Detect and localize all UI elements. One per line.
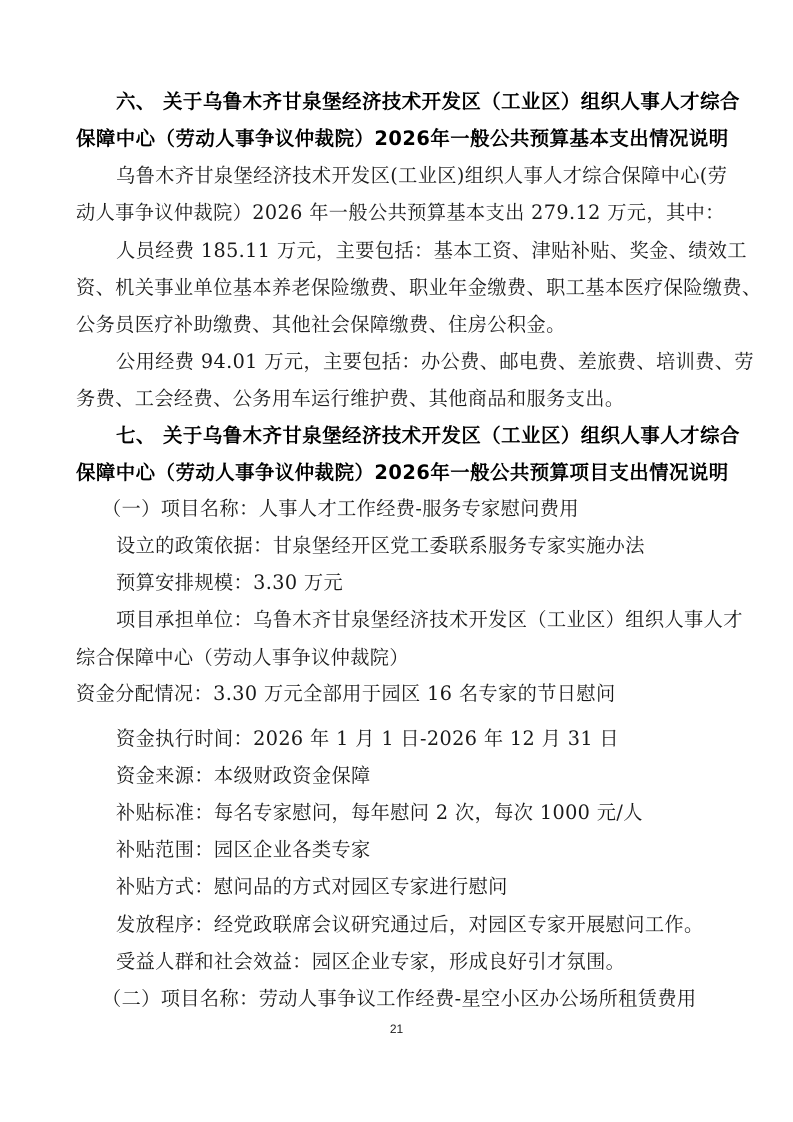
project-1-subsidy-method: 补贴方式：慰问品的方式对园区专家进行慰问 [116,875,756,899]
section-6-heading-line-1: 六、 关于乌鲁木齐甘泉堡经济技术开发区（工业区）组织人事人才综合 [116,90,756,114]
paragraph-personnel-line-3: 公务员医疗补助缴费、其他社会保障缴费、住房公积金。 [76,313,716,337]
project-1-budget-scale: 预算安排规模：3.30 万元 [116,571,756,595]
paragraph-personnel-line-2: 资、机关事业单位基本养老保险缴费、职业年金缴费、职工基本医疗保险缴费、 [76,276,716,300]
project-1-undertaker-line-1: 项目承担单位：乌鲁木齐甘泉堡经济技术开发区（工业区）组织人事人才 [116,608,756,632]
project-1-procedure: 发放程序：经党政联席会议研究通过后，对园区专家开展慰问工作。 [116,913,756,937]
document-page: 六、 关于乌鲁木齐甘泉堡经济技术开发区（工业区）组织人事人才综合 保障中心（劳动… [0,0,793,1122]
project-1-execution-time: 资金执行时间：2026 年 1 月 1 日-2026 年 12 月 31 日 [116,727,756,751]
project-2-name: （二）项目名称：劳动人事争议工作经费-星空小区办公场所租赁费用 [102,987,742,1011]
project-1-undertaker-line-2: 综合保障中心（劳动人事争议仲裁院） [76,646,716,670]
project-1-policy-basis: 设立的政策依据：甘泉堡经开区党工委联系服务专家实施办法 [116,534,756,558]
project-1-fund-source: 资金来源：本级财政资金保障 [116,764,756,788]
page-number: 21 [0,1022,793,1036]
project-1-allocation: 资金分配情况：3.30 万元全部用于园区 16 名专家的节日慰问 [76,682,716,706]
project-1-subsidy-scope: 补贴范围：园区企业各类专家 [116,838,756,862]
paragraph-total-line-1: 乌鲁木齐甘泉堡经济技术开发区(工业区)组织人事人才综合保障中心(劳 [116,164,756,188]
project-1-name: （一）项目名称：人事人才工作经费-服务专家慰问费用 [102,497,742,521]
section-7-heading-line-2: 保障中心（劳动人事争议仲裁院）2026年一般公共预算项目支出情况说明 [76,461,716,485]
project-1-subsidy-standard: 补贴标准：每名专家慰问，每年慰问 2 次，每次 1000 元/人 [116,801,756,825]
paragraph-public-line-1: 公用经费 94.01 万元，主要包括：办公费、邮电费、差旅费、培训费、劳 [116,350,756,374]
paragraph-personnel-line-1: 人员经费 185.11 万元，主要包括：基本工资、津贴补贴、奖金、绩效工 [116,239,756,263]
paragraph-total-line-2: 动人事争议仲裁院）2026 年一般公共预算基本支出 279.12 万元，其中： [76,201,716,225]
section-7-heading-line-1: 七、 关于乌鲁木齐甘泉堡经济技术开发区（工业区）组织人事人才综合 [116,424,756,448]
paragraph-public-line-2: 务费、工会经费、公务用车运行维护费、其他商品和服务支出。 [76,387,716,411]
section-6-heading-line-2: 保障中心（劳动人事争议仲裁院）2026年一般公共预算基本支出情况说明 [76,127,716,151]
project-1-beneficiaries: 受益人群和社会效益：园区企业专家，形成良好引才氛围。 [116,950,756,974]
